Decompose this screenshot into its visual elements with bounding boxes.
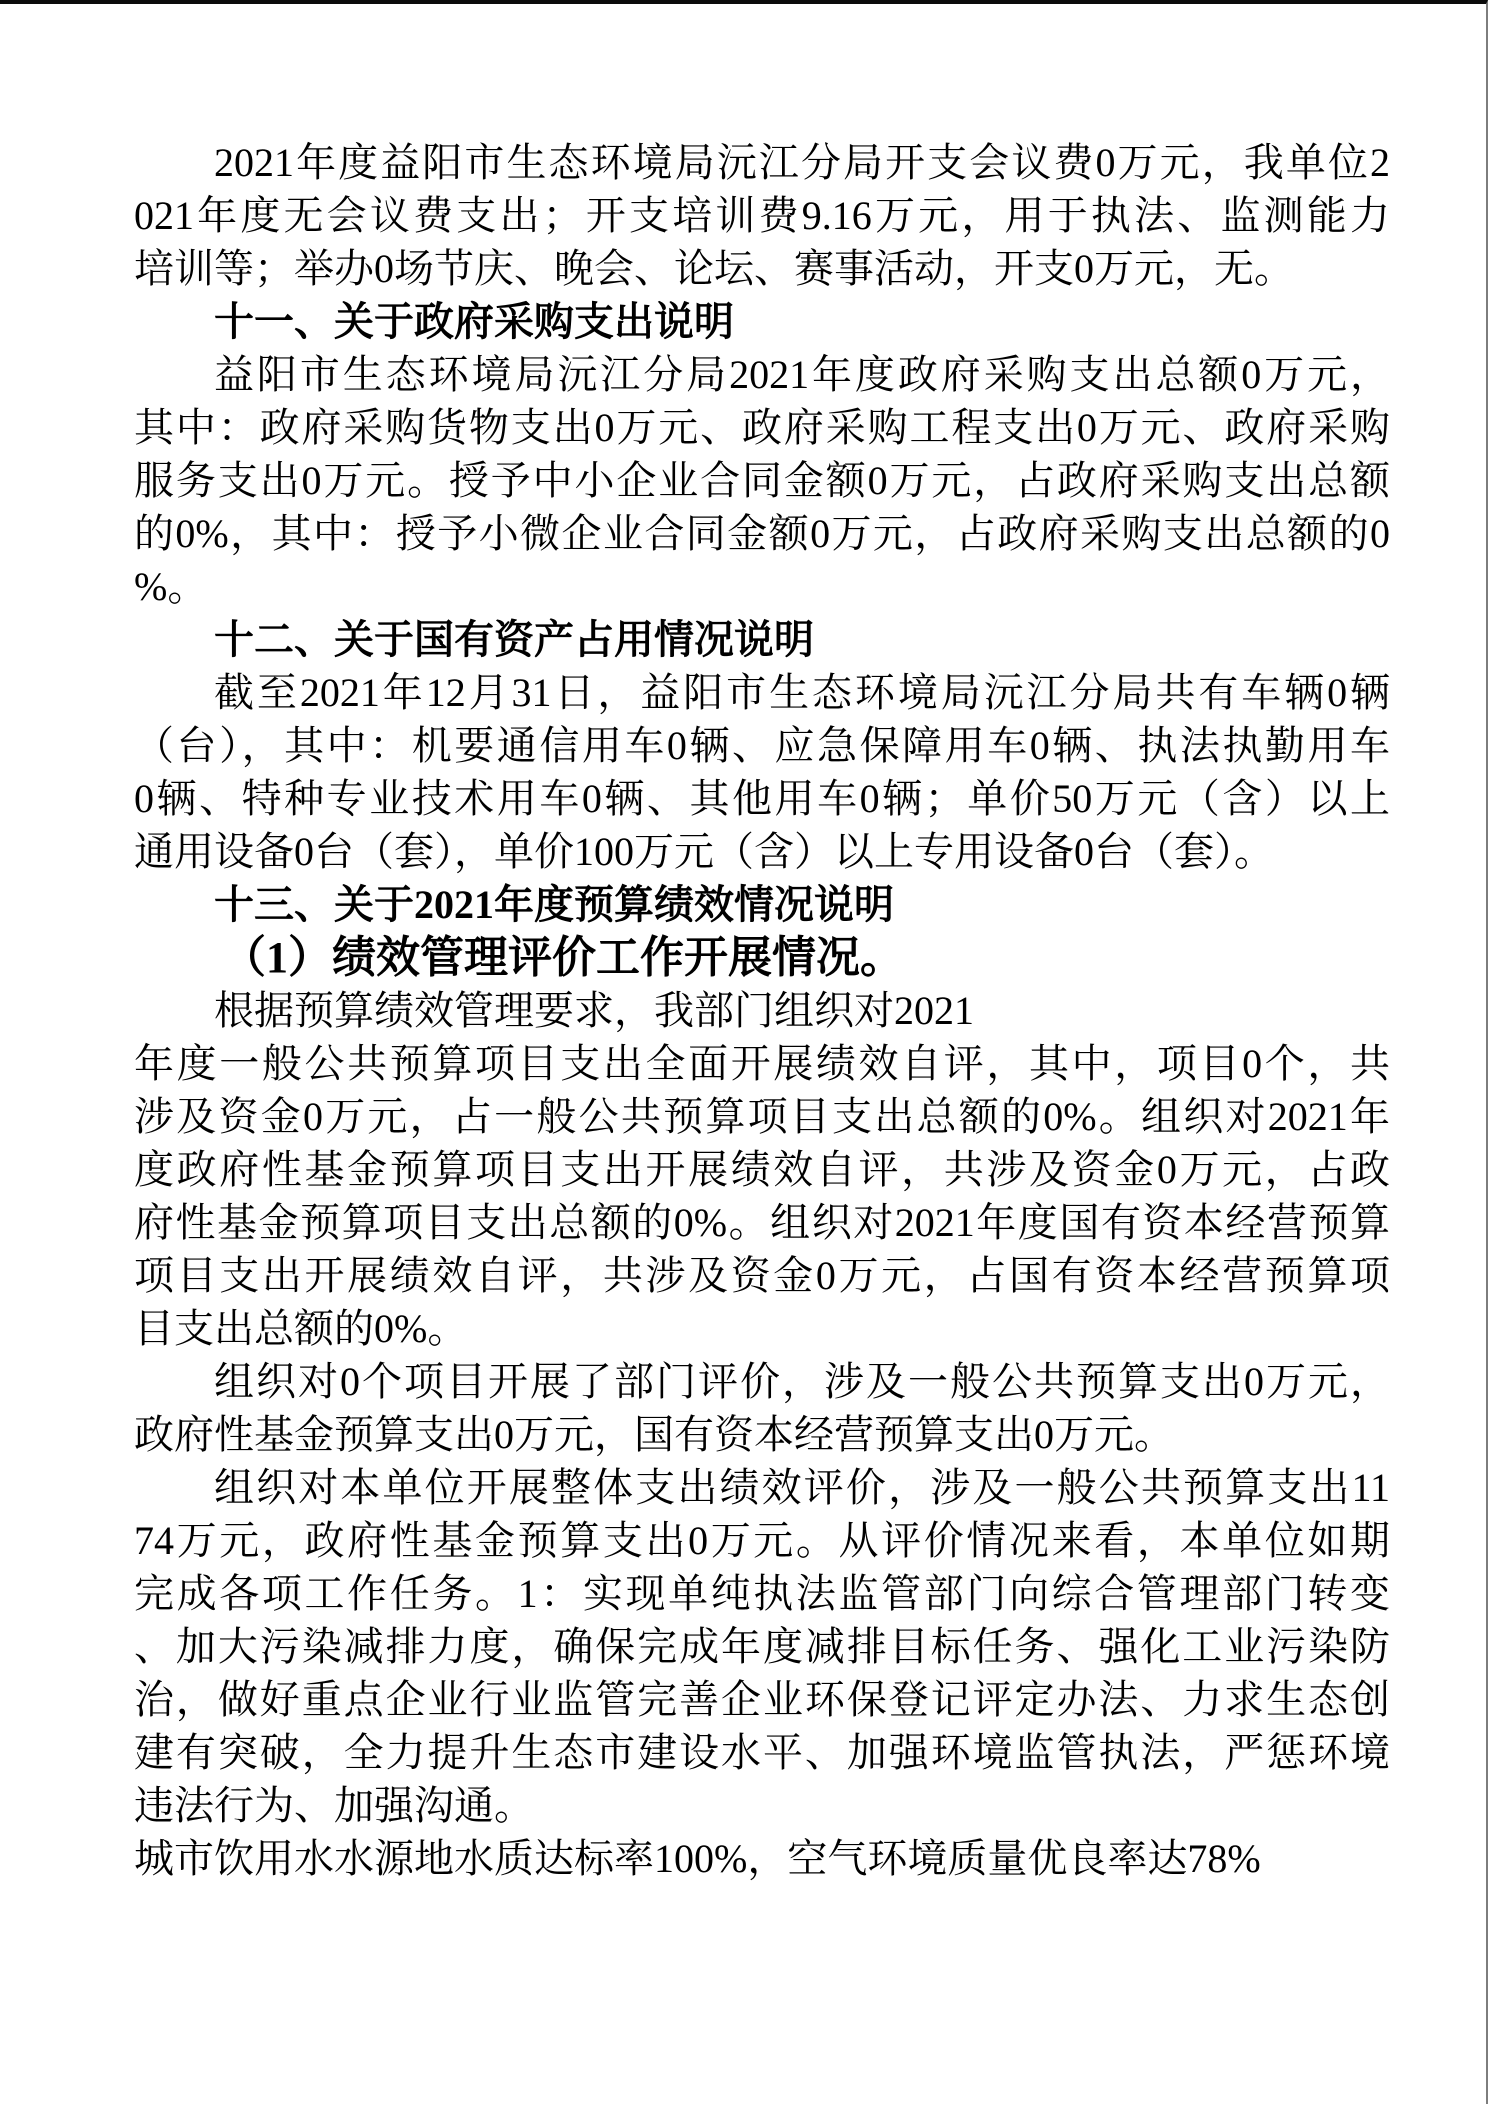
text-line: 年度一般公共预算项目支出全面开展绩效自评，其中，项目0个，共 — [134, 1037, 1390, 1090]
text-line: 府性基金预算项目支出总额的0%。组织对2021年度国有资本经营预算 — [134, 1196, 1390, 1249]
text-line: 治，做好重点企业行业监管完善企业环保登记评定办法、力求生态创 — [134, 1673, 1390, 1726]
text-line: （1）绩效管理评价工作开展情况。 — [134, 931, 1390, 984]
section-heading: 十三、关于2021年度预算绩效情况说明 — [134, 878, 1390, 931]
text-line: 、加大污染减排力度，确保完成年度减排目标任务、强化工业污染防 — [134, 1620, 1390, 1673]
document-page: 2021年度益阳市生态环境局沅江分局开支会议费0万元，我单位2021年度无会议费… — [0, 0, 1488, 2104]
text-line: 十二、关于国有资产占用情况说明 — [134, 613, 1390, 666]
section-heading: 十二、关于国有资产占用情况说明 — [134, 613, 1390, 666]
text-line: 0辆、特种专业技术用车0辆、其他用车0辆；单价50万元（含）以上 — [134, 772, 1390, 825]
section-heading: 十一、关于政府采购支出说明 — [134, 295, 1390, 348]
text-line: 2021年度益阳市生态环境局沅江分局开支会议费0万元，我单位2 — [134, 136, 1390, 189]
paragraph: 组织对0个项目开展了部门评价，涉及一般公共预算支出0万元，政府性基金预算支出0万… — [134, 1355, 1390, 1461]
text-line: %。 — [134, 560, 1390, 613]
text-line: 服务支出0万元。授予中小企业合同金额0万元，占政府采购支出总额 — [134, 454, 1390, 507]
paragraph: 益阳市生态环境局沅江分局2021年度政府采购支出总额0万元，其中：政府采购货物支… — [134, 348, 1390, 613]
text-line: 十一、关于政府采购支出说明 — [134, 295, 1390, 348]
text-line: 组织对本单位开展整体支出绩效评价，涉及一般公共预算支出11 — [134, 1461, 1390, 1514]
text-line: 的0%，其中：授予小微企业合同金额0万元，占政府采购支出总额的0 — [134, 507, 1390, 560]
text-line: 其中：政府采购货物支出0万元、政府采购工程支出0万元、政府采购 — [134, 401, 1390, 454]
text-line: 组织对0个项目开展了部门评价，涉及一般公共预算支出0万元， — [134, 1355, 1390, 1408]
text-line: 建有突破，全力提升生态市建设水平、加强环境监管执法，严惩环境 — [134, 1726, 1390, 1779]
text-line: 根据预算绩效管理要求，我部门组织对2021 — [134, 984, 1390, 1037]
text-line: 益阳市生态环境局沅江分局2021年度政府采购支出总额0万元， — [134, 348, 1390, 401]
text-line: 涉及资金0万元，占一般公共预算项目支出总额的0%。组织对2021年 — [134, 1090, 1390, 1143]
text-line: 培训等；举办0场节庆、晚会、论坛、赛事活动，开支0万元，无。 — [134, 242, 1390, 295]
text-line: 度政府性基金预算项目支出开展绩效自评，共涉及资金0万元，占政 — [134, 1143, 1390, 1196]
text-line: 城市饮用水水源地水质达标率100%，空气环境质量优良率达78% — [134, 1832, 1390, 1885]
document-content: 2021年度益阳市生态环境局沅江分局开支会议费0万元，我单位2021年度无会议费… — [0, 4, 1486, 1885]
text-line: 十三、关于2021年度预算绩效情况说明 — [134, 878, 1390, 931]
paragraph: 截至2021年12月31日，益阳市生态环境局沅江分局共有车辆0辆（台），其中：机… — [134, 666, 1390, 878]
text-line: 项目支出开展绩效自评，共涉及资金0万元，占国有资本经营预算项 — [134, 1249, 1390, 1302]
text-line: （台），其中：机要通信用车0辆、应急保障用车0辆、执法执勤用车 — [134, 719, 1390, 772]
paragraph: 根据预算绩效管理要求，我部门组织对2021年度一般公共预算项目支出全面开展绩效自… — [134, 984, 1390, 1355]
text-line: 截至2021年12月31日，益阳市生态环境局沅江分局共有车辆0辆 — [134, 666, 1390, 719]
paragraph: 城市饮用水水源地水质达标率100%，空气环境质量优良率达78% — [134, 1832, 1390, 1885]
text-line: 完成各项工作任务。1：实现单纯执法监管部门向综合管理部门转变 — [134, 1567, 1390, 1620]
text-line: 目支出总额的0%。 — [134, 1302, 1390, 1355]
text-line: 政府性基金预算支出0万元，国有资本经营预算支出0万元。 — [134, 1408, 1390, 1461]
paragraph: 2021年度益阳市生态环境局沅江分局开支会议费0万元，我单位2021年度无会议费… — [134, 136, 1390, 295]
sub-section-heading: （1）绩效管理评价工作开展情况。 — [134, 931, 1390, 984]
text-line: 违法行为、加强沟通。 — [134, 1779, 1390, 1832]
text-line: 通用设备0台（套），单价100万元（含）以上专用设备0台（套）。 — [134, 825, 1390, 878]
text-line: 021年度无会议费支出；开支培训费9.16万元，用于执法、监测能力 — [134, 189, 1390, 242]
text-line: 74万元，政府性基金预算支出0万元。从评价情况来看，本单位如期 — [134, 1514, 1390, 1567]
paragraph: 组织对本单位开展整体支出绩效评价，涉及一般公共预算支出1174万元，政府性基金预… — [134, 1461, 1390, 1832]
